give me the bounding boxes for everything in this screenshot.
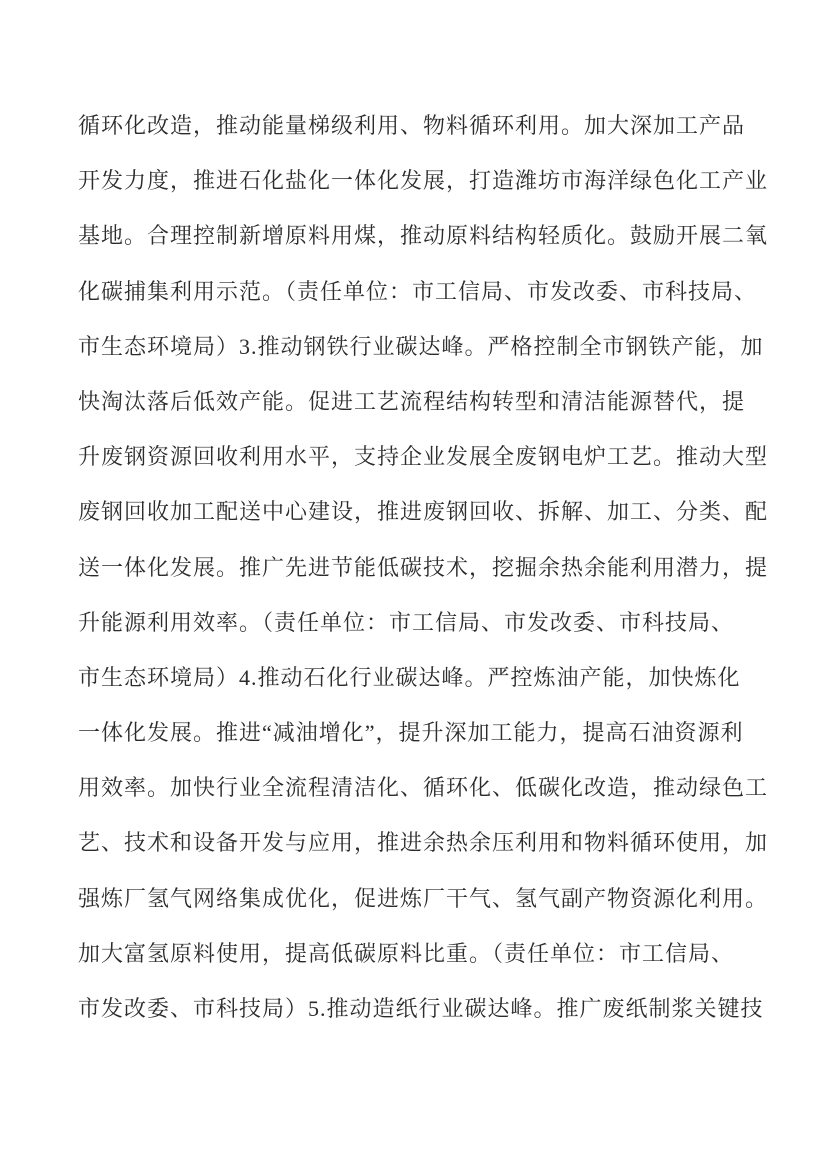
text-line: 艺、技术和设备开发与应用，推进余热余压利用和物料循环使用，加 [78, 815, 746, 870]
text-line: 市发改委、市科技局）5.推动造纸行业碳达峰。推广废纸制浆关键技 [78, 981, 746, 1036]
text-line: 一体化发展。推进“减油增化”，提升深加工能力，提高石油资源利 [78, 705, 746, 760]
text-line: 强炼厂氢气网络集成优化，促进炼厂干气、氢气副产物资源化利用。 [78, 871, 746, 926]
text-line: 升能源利用效率。（责任单位：市工信局、市发改委、市科技局、 [78, 595, 746, 650]
text-line: 加大富氢原料使用，提高低碳原料比重。（责任单位：市工信局、 [78, 926, 746, 981]
text-line: 升废钢资源回收利用水平，支持企业发展全废钢电炉工艺。推动大型 [78, 429, 746, 484]
document-page: 循环化改造，推动能量梯级利用、物料循环利用。加大深加工产品开发力度，推进石化盐化… [0, 0, 826, 1169]
text-line: 基地。合理控制新增原料用煤，推动原料结构轻质化。鼓励开展二氧 [78, 208, 746, 263]
text-line: 循环化改造，推动能量梯级利用、物料循环利用。加大深加工产品 [78, 98, 746, 153]
text-line: 开发力度，推进石化盐化一体化发展，打造潍坊市海洋绿色化工产业 [78, 153, 746, 208]
text-line: 快淘汰落后低效产能。促进工艺流程结构转型和清洁能源替代，提 [78, 374, 746, 429]
text-line: 用效率。加快行业全流程清洁化、循环化、低碳化改造，推动绿色工 [78, 760, 746, 815]
document-body-text: 循环化改造，推动能量梯级利用、物料循环利用。加大深加工产品开发力度，推进石化盐化… [78, 98, 746, 1036]
text-line: 废钢回收加工配送中心建设，推进废钢回收、拆解、加工、分类、配 [78, 484, 746, 539]
text-line: 市生态环境局）3.推动钢铁行业碳达峰。严格控制全市钢铁产能，加 [78, 319, 746, 374]
text-line: 化碳捕集利用示范。（责任单位：市工信局、市发改委、市科技局、 [78, 264, 746, 319]
text-line: 市生态环境局）4.推动石化行业碳达峰。严控炼油产能，加快炼化 [78, 650, 746, 705]
text-line: 送一体化发展。推广先进节能低碳技术，挖掘余热余能利用潜力，提 [78, 540, 746, 595]
